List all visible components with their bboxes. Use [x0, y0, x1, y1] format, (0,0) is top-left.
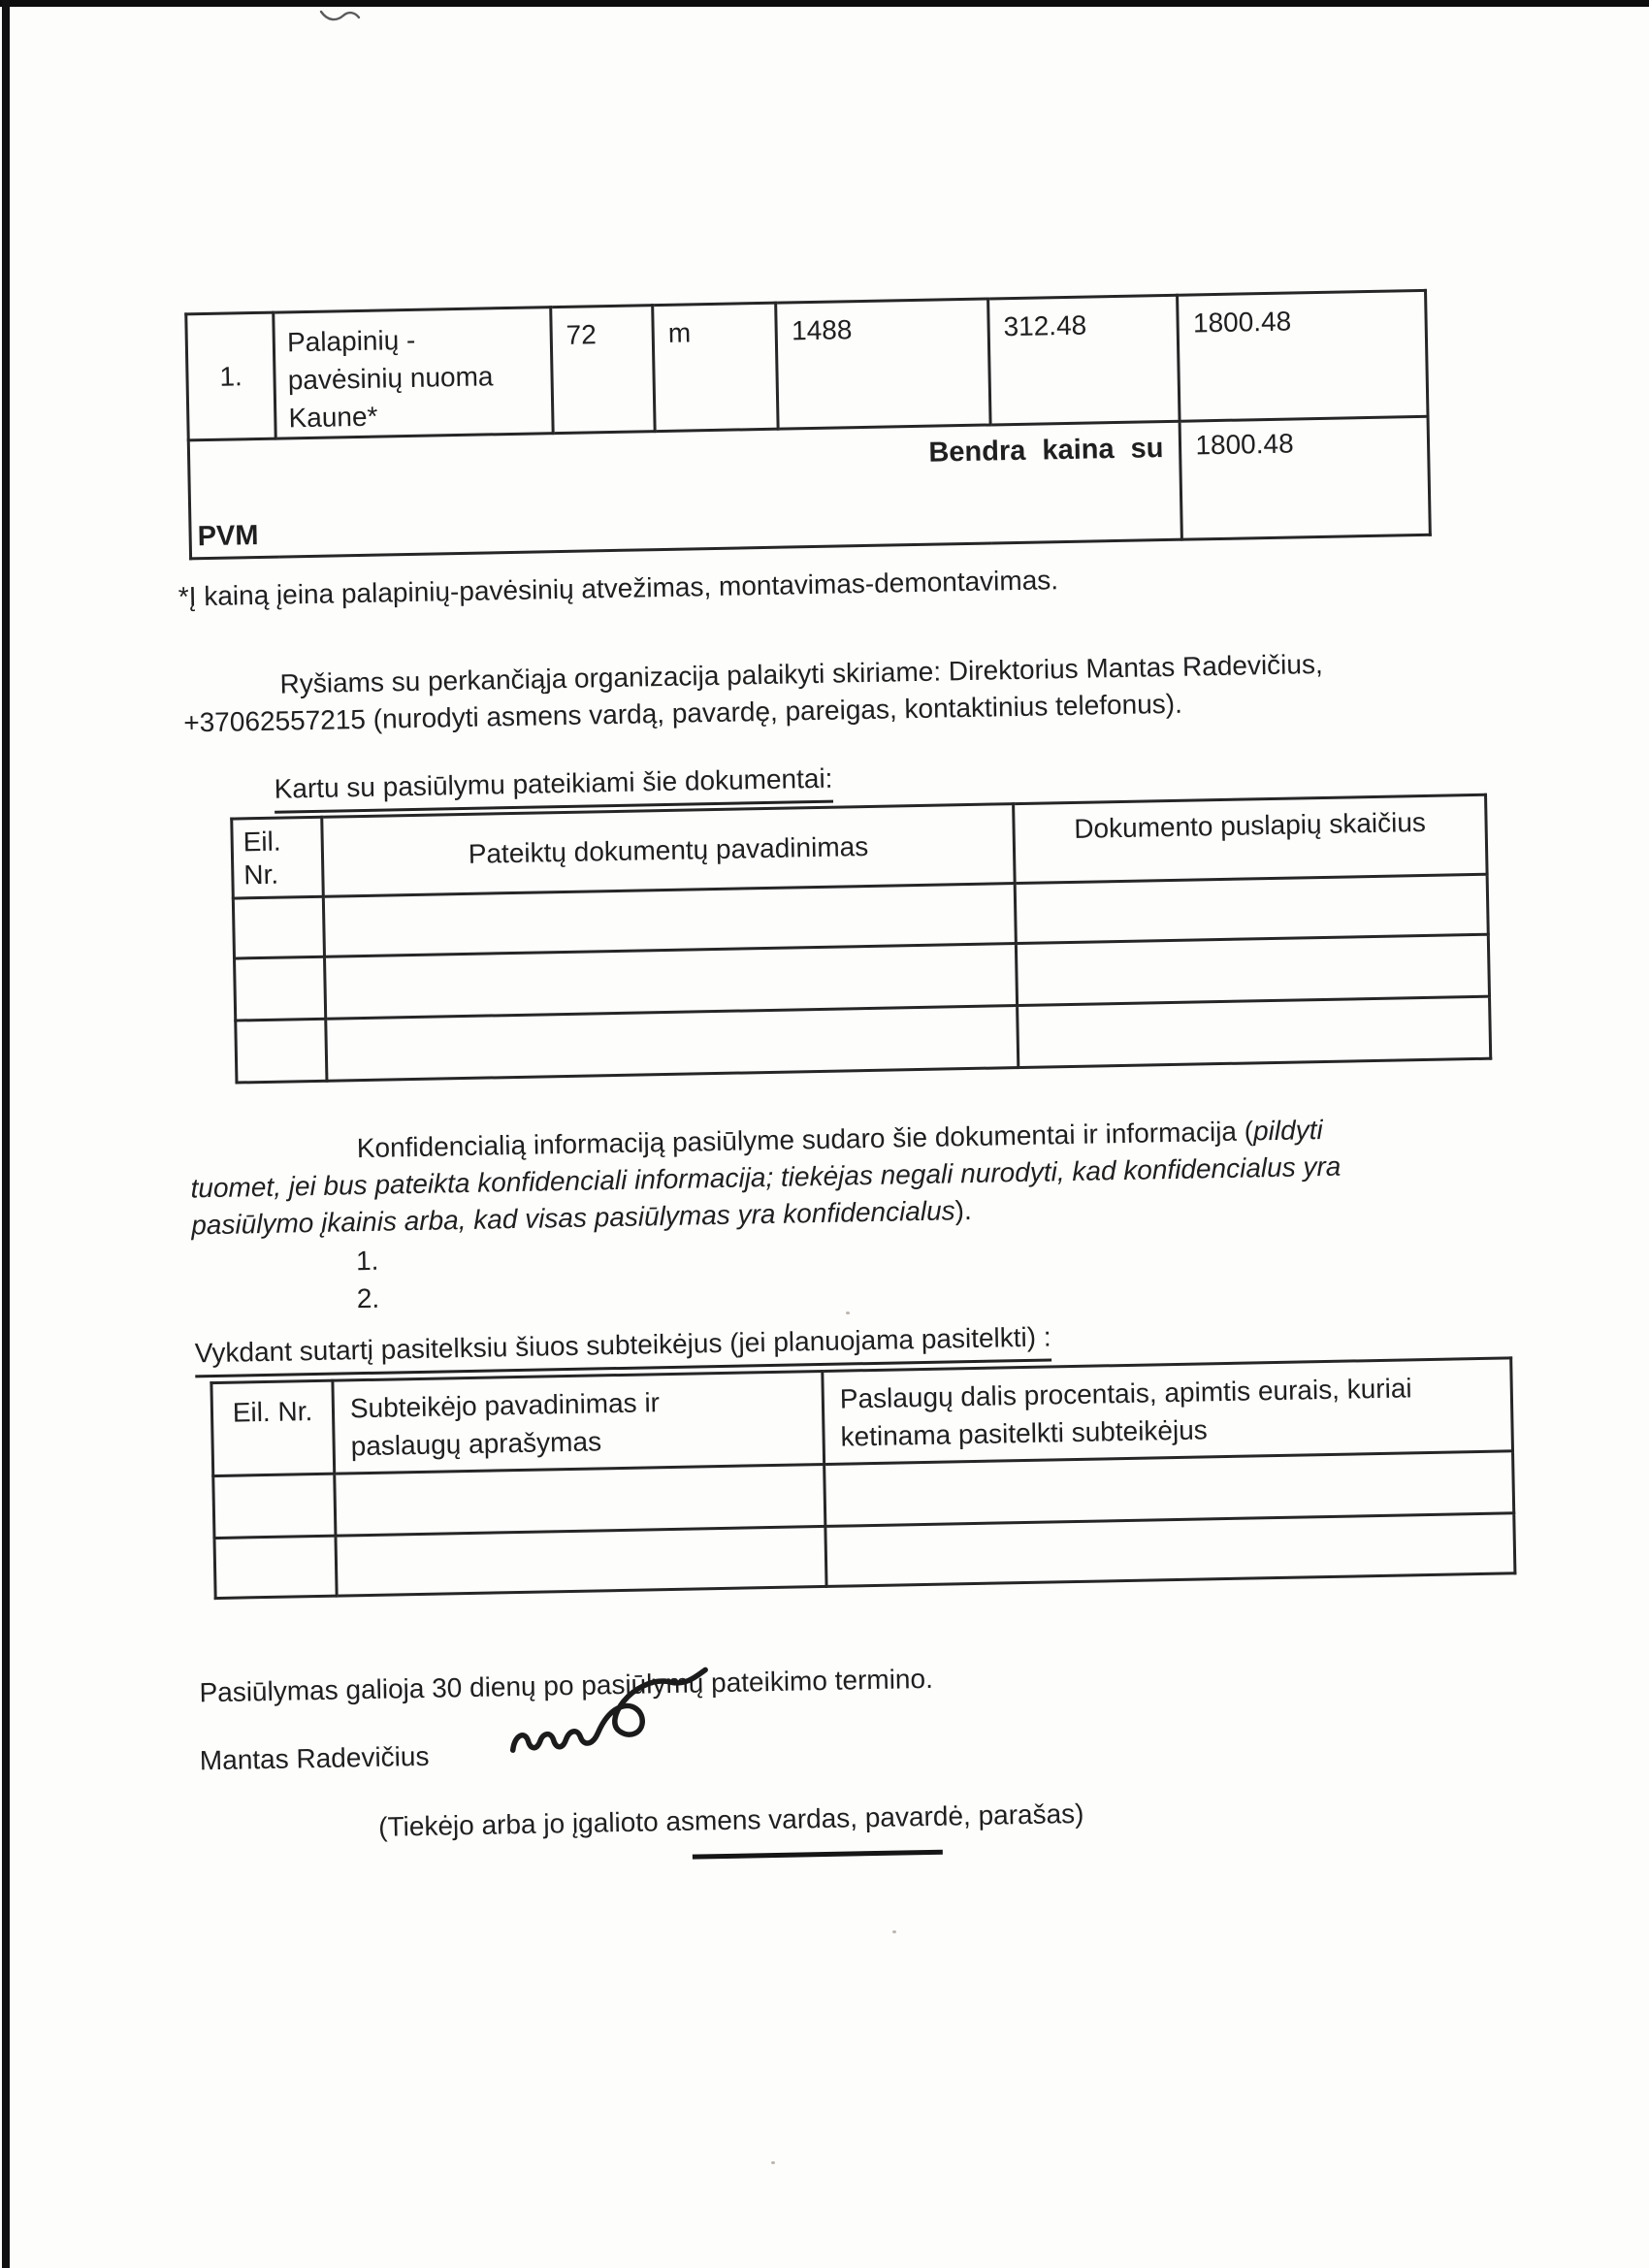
unit-cell: m: [653, 303, 779, 431]
document-content: 1. Palapinių - pavėsinių nuoma Kaune* 72…: [0, 0, 1649, 2268]
total-cell: 1800.48: [1178, 290, 1428, 421]
pricing-table: 1. Palapinių - pavėsinių nuoma Kaune* 72…: [184, 289, 1432, 561]
confidential-item-2: 2.: [356, 1280, 379, 1317]
service-description-cell: Palapinių - pavėsinių nuoma Kaune*: [274, 308, 553, 438]
price-cell: 1488: [776, 299, 990, 429]
price-footnote: *Į kainą įeina palapinių-pavėsinių atvež…: [178, 562, 1058, 615]
confidential-paragraph: Konfidencialią informaciją pasiūlyme sud…: [189, 1112, 1342, 1245]
subcontractors-col-no: Eil. Nr.: [211, 1380, 335, 1475]
documents-col-no: Eil. Nr.: [232, 817, 324, 898]
pricing-row: 1. Palapinių - pavėsinių nuoma Kaune* 72…: [186, 290, 1428, 440]
documents-table: Eil. Nr. Pateiktų dokumentų pavadinimas …: [230, 794, 1492, 1085]
confidential-line3-normal: ).: [954, 1195, 972, 1225]
documents-col-pages: Dokumento puslapių skaičius: [1014, 794, 1487, 883]
signature-line: [693, 1850, 943, 1860]
vat-cell: 312.48: [987, 295, 1180, 425]
signature-caption: (Tiekėjo arba jo įgalioto asmens vardas,…: [378, 1796, 1084, 1846]
quantity-cell: 72: [551, 306, 656, 434]
pricing-total-row: Bendra kaina su PVM 1800.48: [188, 416, 1430, 559]
confidential-item-1: 1.: [356, 1243, 379, 1280]
documents-heading: Kartu su pasiūlymu pateikiami šie dokume…: [274, 761, 833, 814]
scanned-document-page: 1. Palapinių - pavėsinių nuoma Kaune* 72…: [0, 0, 1649, 2268]
subcontractors-col-name: Subteikėjo pavadinimas ir paslaugų apraš…: [333, 1371, 824, 1474]
subcontractors-table: Eil. Nr. Subteikėjo pavadinimas ir pasla…: [210, 1356, 1516, 1600]
total-label-left: PVM: [191, 502, 1180, 558]
total-label-cell: Bendra kaina su PVM: [188, 421, 1181, 559]
row-number-cell: 1.: [186, 312, 276, 440]
signatory-name: Mantas Radevičius: [200, 1738, 430, 1780]
grand-total-cell: 1800.48: [1180, 416, 1430, 539]
signature-scribble: [503, 1667, 717, 1766]
subcontractors-col-share: Paslaugų dalis procentais, apimtis eurai…: [823, 1358, 1513, 1465]
contacts-paragraph: Ryšiams su perkančiąja organizacija pala…: [182, 646, 1324, 742]
documents-col-name: Pateiktų dokumentų pavadinimas: [322, 804, 1015, 897]
confidential-line1-italic: pildyti: [1253, 1115, 1323, 1146]
